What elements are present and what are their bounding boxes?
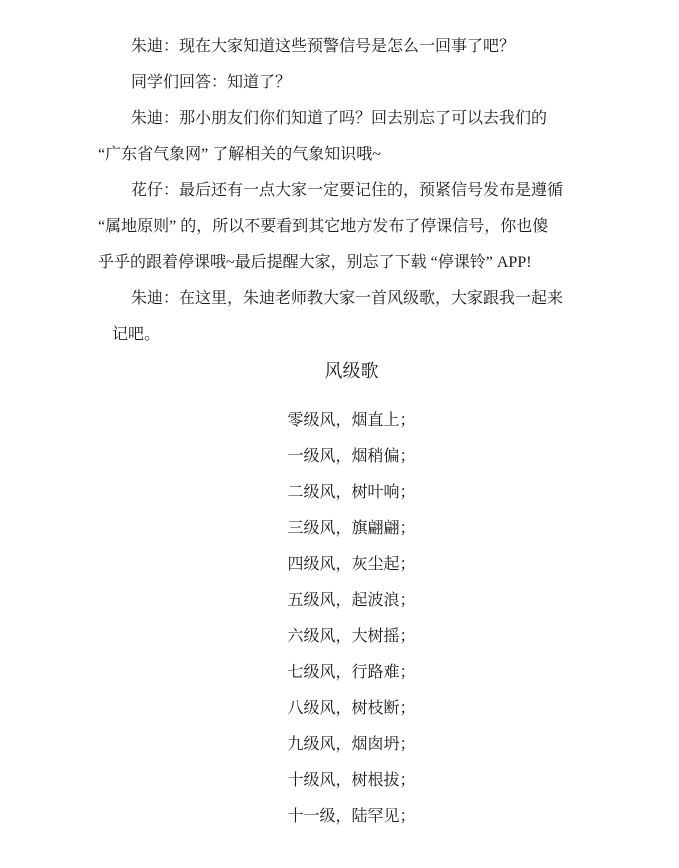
dialogue-line: 朱迪：那小朋友们你们知道了吗？回去别忘了可以去我们的 [98, 101, 605, 137]
song-line: 四级风，灰尘起； [98, 547, 605, 583]
dialogue-line: 朱迪：现在大家知道这些预警信号是怎么一回事了吧？ [98, 29, 605, 65]
dialogue-line: “广东省气象网” 了解相关的气象知识哦~ [98, 137, 605, 173]
song-line: 一级风，烟稍偏； [98, 439, 605, 475]
dialogue-line: 花仔：最后还有一点大家一定要记住的，预紧信号发布是遵循 [98, 173, 605, 209]
song-line: 九级风，烟囱坍； [98, 727, 605, 763]
song-line: 二级风，树叶响； [98, 475, 605, 511]
song-line: 七级风，行路难； [98, 655, 605, 691]
song-line: 六级风，大树摇； [98, 619, 605, 655]
dialogue-line: 乎乎的跟着停课哦~最后提醒大家，别忘了下载 “停课铃” APP! [98, 245, 605, 281]
song-line: 零级风，烟直上； [98, 403, 605, 439]
dialogue-section: 朱迪：现在大家知道这些预警信号是怎么一回事了吧？ 同学们回答：知道了？ 朱迪：那… [98, 29, 605, 353]
song-title: 风级歌 [98, 353, 605, 389]
dialogue-line: 同学们回答：知道了？ [98, 65, 605, 101]
song-line: 三级风，旗翩翩； [98, 511, 605, 547]
song-line: 八级风，树枝断； [98, 691, 605, 727]
dialogue-line: 朱迪：在这里，朱迪老师教大家一首风级歌，大家跟我一起来 [98, 281, 605, 317]
song-line: 十一级，陆罕见； [98, 799, 605, 835]
dialogue-line: 记吧。 [98, 317, 605, 353]
song-line: 五级风，起波浪； [98, 583, 605, 619]
document-page: 朱迪：现在大家知道这些预警信号是怎么一回事了吧？ 同学们回答：知道了？ 朱迪：那… [0, 0, 679, 868]
song-section: 零级风，烟直上； 一级风，烟稍偏； 二级风，树叶响； 三级风，旗翩翩； 四级风，… [98, 403, 605, 835]
dialogue-line: “属地原则” 的，所以不要看到其它地方发布了停课信号，你也傻 [98, 209, 605, 245]
song-line: 十级风，树根拔； [98, 763, 605, 799]
